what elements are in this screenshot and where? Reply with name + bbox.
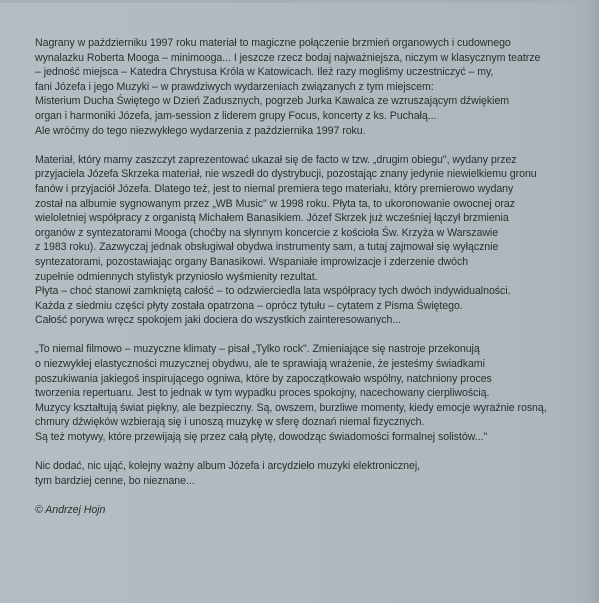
text-line: – jedność miejsca – Katedra Chrystusa Kr… (35, 65, 555, 80)
text-line: „To niemal filmowo – muzyczne klimaty – … (35, 342, 555, 357)
text-line: chmury dźwięków wzbierają się i unoszą m… (35, 415, 555, 430)
text-line: Są też motywy, które przewijają się prze… (35, 430, 555, 445)
text-line: Każda z siedmiu części płyty została opa… (35, 299, 555, 314)
text-line: Całość porywa wręcz spokojem jaki docier… (35, 313, 555, 328)
text-line: Ale wróćmy do tego niezwykłego wydarzeni… (35, 124, 555, 139)
text-line: zupełnie odmiennych stylistyk przyniosło… (35, 270, 555, 285)
paragraph-material: Materiał, który mamy zaszczyt zaprezento… (35, 153, 555, 328)
text-line: Misterium Ducha Świętego w Dzień Zaduszn… (35, 94, 555, 109)
text-line: syntezatorami, pozostawiając organy Bana… (35, 255, 555, 270)
paragraph-quote: „To niemal filmowo – muzyczne klimaty – … (35, 342, 555, 444)
text-line: Płyta – choć stanowi zamkniętą całość – … (35, 284, 555, 299)
text-line: fanów i przyjaciół Józefa. Dlatego też, … (35, 182, 555, 197)
text-line: organów z syntezatorami Mooga (choćby na… (35, 226, 555, 241)
text-line: organ i harmoniki Józefa, jam-session z … (35, 109, 555, 124)
text-line: Nic dodać, nic ująć, kolejny ważny album… (35, 459, 555, 474)
author-signature: © Andrzej Hojn (35, 503, 555, 518)
text-line: Materiał, który mamy zaszczyt zaprezento… (35, 153, 555, 168)
paragraph-intro: Nagrany w październiku 1997 roku materia… (35, 36, 555, 138)
text-line: Nagrany w październiku 1997 roku materia… (35, 36, 555, 51)
text-line: z 1983 roku). Zazwyczaj jednak obsługiwa… (35, 240, 555, 255)
text-line: tworzenia repertuaru. Jest to jednak w t… (35, 386, 555, 401)
text-line: tym bardziej cenne, bo nieznane... (35, 474, 555, 489)
scanned-page: Nagrany w październiku 1997 roku materia… (0, 0, 599, 603)
liner-notes-text: Nagrany w październiku 1997 roku materia… (35, 36, 555, 532)
text-line: wynalazku Roberta Mooga – minimooga... I… (35, 51, 555, 66)
text-line: przyjaciela Józefa Skrzeka materiał, nie… (35, 167, 555, 182)
paragraph-conclusion: Nic dodać, nic ująć, kolejny ważny album… (35, 459, 555, 488)
text-line: wieloletniej współpracy z organistą Mich… (35, 211, 555, 226)
text-line: Muzycy kształtują świat piękny, ale bezp… (35, 401, 555, 416)
text-line: fani Józefa i jego Muzyki – w prawdziwyc… (35, 80, 555, 95)
text-line: został na albumie sygnowanym przez „WB M… (35, 197, 555, 212)
text-line: poszukiwania jakiegoś inspirującego ogni… (35, 372, 555, 387)
text-line: o niezwykłej elastyczności muzycznej oby… (35, 357, 555, 372)
